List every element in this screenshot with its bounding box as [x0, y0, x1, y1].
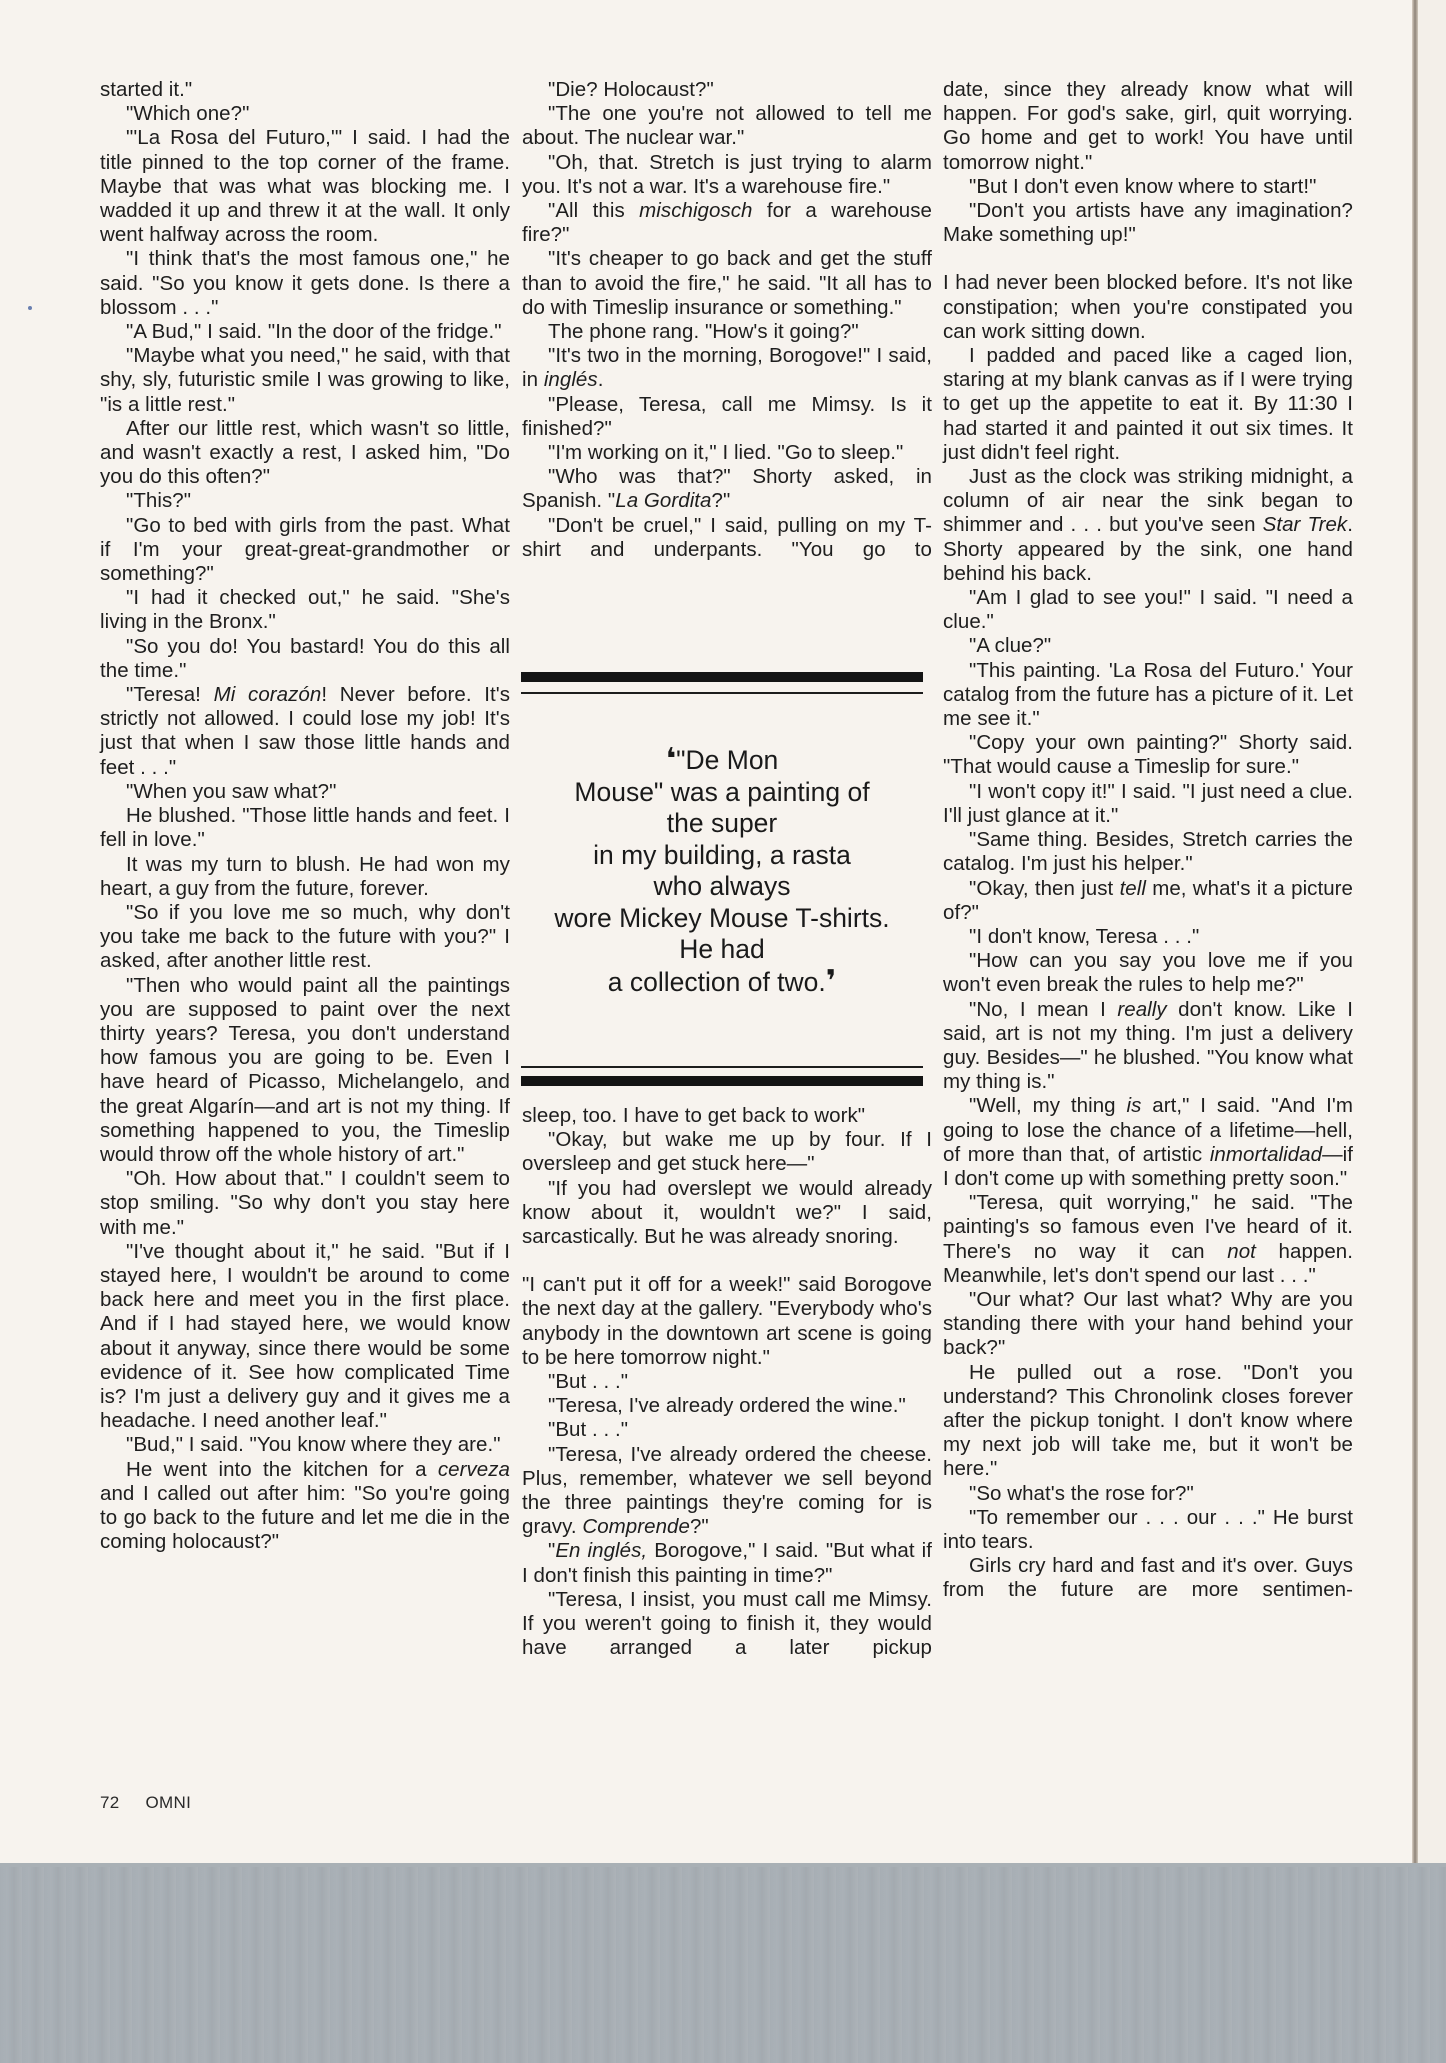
scanner-background [0, 1867, 1446, 2063]
text-column-2-top: "Die? Holocaust?" "The one you're not al… [522, 78, 932, 562]
page-number: 72 [100, 1793, 120, 1812]
paragraph: "En inglés, Borogove," I said. "But what… [522, 1539, 932, 1587]
magazine-page: started it." "Which one?" "'La Rosa del … [0, 0, 1446, 1863]
paragraph: "All this mischigosch for a warehouse fi… [522, 199, 932, 247]
paragraph: "To remember our . . . our . . ." He bur… [943, 1506, 1353, 1554]
paragraph: "It's two in the morning, Borogove!" I s… [522, 344, 932, 392]
paragraph: "A clue?" [943, 634, 1353, 658]
magazine-name: OMNI [146, 1793, 192, 1812]
close-quote-icon: ❜ [826, 965, 836, 998]
pull-quote-text: ❛"De Mon Mouse" was a painting of the su… [521, 744, 923, 998]
page-folio: 72OMNI [100, 1793, 217, 1813]
paragraph: "Oh, that. Stretch is just trying to ala… [522, 151, 932, 199]
pull-quote-bottom-rule-thin [521, 1066, 923, 1068]
paragraph: "Bud," I said. "You know where they are.… [100, 1433, 510, 1457]
text-column-3: date, since they already know what will … [943, 78, 1353, 1603]
paragraph: "Well, my thing is art," I said. "And I'… [943, 1094, 1353, 1191]
text-column-1: started it." "Which one?" "'La Rosa del … [100, 78, 510, 1554]
paragraph: "Teresa, I've already ordered the cheese… [522, 1443, 932, 1540]
paragraph: "Same thing. Besides, Stretch carries th… [943, 828, 1353, 876]
paragraph: "I can't put it off for a week!" said Bo… [522, 1273, 932, 1370]
paragraph: "I'm working on it," I lied. "Go to slee… [522, 441, 932, 465]
paragraph: "Okay, but wake me up by four. If I over… [522, 1128, 932, 1176]
paragraph: After our little rest, which wasn't so l… [100, 417, 510, 490]
pull-quote-top-rule-thin [521, 692, 923, 694]
margin-speck [28, 306, 32, 310]
paragraph: "This painting. 'La Rosa del Futuro.' Yo… [943, 659, 1353, 732]
paragraph: "Don't you artists have any imagination?… [943, 199, 1353, 247]
paragraph: "Teresa, I've already ordered the wine." [522, 1394, 932, 1418]
paragraph: "Please, Teresa, call me Mimsy. Is it fi… [522, 393, 932, 441]
paragraph: "How can you say you love me if you won'… [943, 949, 1353, 997]
paragraph: He went into the kitchen for a cerveza a… [100, 1458, 510, 1555]
paragraph: Girls cry hard and fast and it's over. G… [943, 1554, 1353, 1602]
paragraph: "If you had overslept we would already k… [522, 1177, 932, 1250]
paragraph: "Go to bed with girls from the past. Wha… [100, 514, 510, 587]
next-page-edge [1418, 0, 1446, 1863]
paragraph: I had never been blocked before. It's no… [943, 271, 1353, 344]
open-quote-icon: ❛ [666, 743, 676, 776]
paragraph: "Okay, then just tell me, what's it a pi… [943, 877, 1353, 925]
paragraph: "Teresa, quit worrying," he said. "The p… [943, 1191, 1353, 1288]
paragraph: "Who was that?" Shorty asked, in Spanish… [522, 465, 932, 513]
paragraph: "Maybe what you need," he said, with tha… [100, 344, 510, 417]
text-column-2-bottom: sleep, too. I have to get back to work" … [522, 1104, 932, 1660]
paragraph: "Teresa! Mi corazón! Never before. It's … [100, 683, 510, 780]
paragraph: "So if you love me so much, why don't yo… [100, 901, 510, 974]
paragraph: "Then who would paint all the paintings … [100, 974, 510, 1168]
paragraph: "But I don't even know where to start!" [943, 175, 1353, 199]
paragraph: "I had it checked out," he said. "She's … [100, 586, 510, 634]
paragraph: "I think that's the most famous one," he… [100, 247, 510, 320]
paragraph: I padded and paced like a caged lion, st… [943, 344, 1353, 465]
paragraph: "Die? Holocaust?" [522, 78, 932, 102]
paragraph: "So you do! You bastard! You do this all… [100, 635, 510, 683]
paragraph: He blushed. "Those little hands and feet… [100, 804, 510, 852]
paragraph: Just as the clock was striking midnight,… [943, 465, 1353, 586]
paragraph: "Teresa, I insist, you must call me Mims… [522, 1588, 932, 1661]
paragraph: "Am I glad to see you!" I said. "I need … [943, 586, 1353, 634]
paragraph: It was my turn to blush. He had won my h… [100, 853, 510, 901]
pull-quote-top-rule-thick [521, 672, 923, 682]
paragraph: sleep, too. I have to get back to work" [522, 1104, 932, 1128]
paragraph: "When you saw what?" [100, 780, 510, 804]
paragraph: "Don't be cruel," I said, pulling on my … [522, 514, 932, 562]
paragraph: "So what's the rose for?" [943, 1482, 1353, 1506]
paragraph: The phone rang. "How's it going?" [522, 320, 932, 344]
paragraph: "A Bud," I said. "In the door of the fri… [100, 320, 510, 344]
paragraph: "I've thought about it," he said. "But i… [100, 1240, 510, 1434]
paragraph: "But . . ." [522, 1418, 932, 1442]
paragraph: "Oh. How about that." I couldn't seem to… [100, 1167, 510, 1240]
paragraph: He pulled out a rose. "Don't you underst… [943, 1361, 1353, 1482]
pull-quote-bottom-rule-thick [521, 1076, 923, 1086]
paragraph: "No, I mean I really don't know. Like I … [943, 998, 1353, 1095]
paragraph: "Our what? Our last what? Why are you st… [943, 1288, 1353, 1361]
paragraph: "It's cheaper to go back and get the stu… [522, 247, 932, 320]
paragraph: "I won't copy it!" I said. "I just need … [943, 780, 1353, 828]
paragraph: "I don't know, Teresa . . ." [943, 925, 1353, 949]
paragraph: "Copy your own painting?" Shorty said. "… [943, 731, 1353, 779]
paragraph: date, since they already know what will … [943, 78, 1353, 175]
paragraph: started it." [100, 78, 510, 102]
paragraph: "'La Rosa del Futuro,'" I said. I had th… [100, 126, 510, 247]
pull-quote: ❛"De Mon Mouse" was a painting of the su… [521, 672, 923, 1086]
paragraph: "The one you're not allowed to tell me a… [522, 102, 932, 150]
paragraph: "Which one?" [100, 102, 510, 126]
paragraph: "But . . ." [522, 1370, 932, 1394]
paragraph: "This?" [100, 489, 510, 513]
